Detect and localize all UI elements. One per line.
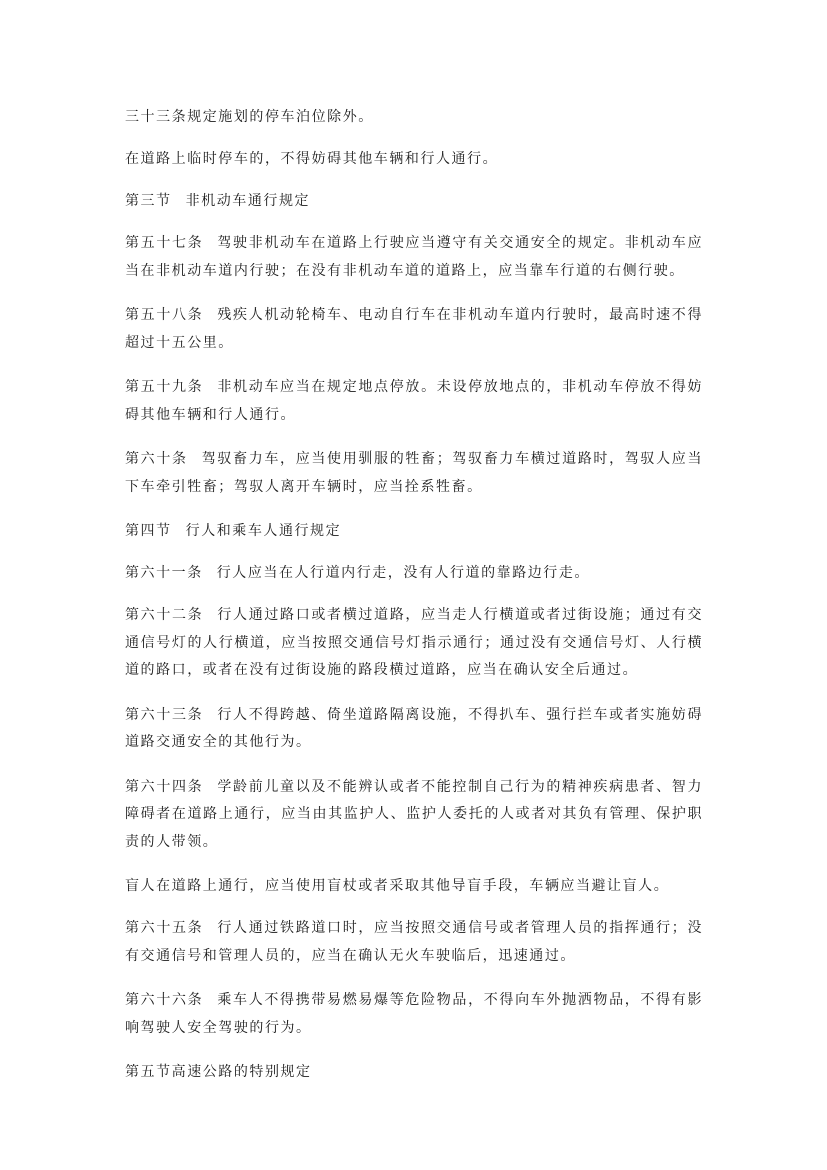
article-label: 第六十六条 [125, 992, 203, 1008]
section-label: 第三节 [125, 193, 172, 209]
article-57: 第五十七条驾驶非机动车在道路上行驶应当遵守有关交通安全的规定。非机动车应当在非机… [125, 230, 703, 285]
article-text: 行人应当在人行道内行走，没有人行道的靠路边行走。 [217, 565, 590, 581]
article-60: 第六十条驾驭畜力车，应当使用驯服的牲畜；驾驭畜力车横过道路时，驾驭人应当下车牵引… [125, 446, 703, 501]
document-page: 三十三条规定施划的停车泊位除外。 在道路上临时停车的，不得妨碍其他车辆和行人通行… [125, 104, 703, 1101]
article-label: 第五十八条 [125, 307, 203, 323]
section-title: 第五节高速公路的特别规定 [125, 1064, 312, 1080]
section-title: 行人和乘车人通行规定 [186, 523, 342, 539]
article-text: 驾驭畜力车，应当使用驯服的牲畜；驾驭畜力车横过道路时，驾驭人应当下车牵引牲畜；驾… [125, 451, 703, 495]
section-heading-3: 第三节非机动车通行规定 [125, 188, 703, 216]
article-text: 行人通过路口或者横过道路，应当走人行横道或者过街设施；通过有交通信号灯的人行横道… [125, 607, 703, 678]
article-65: 第六十五条行人通过铁路道口时，应当按照交通信号或者管理人员的指挥通行；没有交通信… [125, 915, 703, 970]
article-text: 残疾人机动轮椅车、电动自行车在非机动车道内行驶时，最高时速不得超过十五公里。 [125, 307, 703, 351]
article-58: 第五十八条残疾人机动轮椅车、电动自行车在非机动车道内行驶时，最高时速不得超过十五… [125, 302, 703, 357]
article-text: 非机动车应当在规定地点停放。未设停放地点的，非机动车停放不得妨碍其他车辆和行人通… [125, 379, 703, 423]
article-59: 第五十九条非机动车应当在规定地点停放。未设停放地点的，非机动车停放不得妨碍其他车… [125, 374, 703, 429]
paragraph-continuation: 三十三条规定施划的停车泊位除外。 [125, 104, 703, 132]
article-66: 第六十六条乘车人不得携带易燃易爆等危险物品，不得向车外抛洒物品，不得有影响驾驶人… [125, 987, 703, 1042]
paragraph-blind-persons: 盲人在道路上通行，应当使用盲杖或者采取其他导盲手段，车辆应当避让盲人。 [125, 873, 703, 901]
section-heading-4: 第四节行人和乘车人通行规定 [125, 518, 703, 546]
article-label: 第六十二条 [125, 607, 203, 623]
article-text: 行人通过铁路道口时，应当按照交通信号或者管理人员的指挥通行；没有交通信号和管理人… [125, 920, 703, 964]
article-61: 第六十一条行人应当在人行道内行走，没有人行道的靠路边行走。 [125, 560, 703, 588]
section-label: 第四节 [125, 523, 172, 539]
article-64: 第六十四条学龄前儿童以及不能辨认或者不能控制自己行为的精神疾病患者、智力障碍者在… [125, 774, 703, 857]
section-heading-5: 第五节高速公路的特别规定 [125, 1059, 703, 1087]
article-label: 第六十条 [125, 451, 188, 467]
article-label: 第六十五条 [125, 920, 203, 936]
article-62: 第六十二条行人通过路口或者横过道路，应当走人行横道或者过街设施；通过有交通信号灯… [125, 602, 703, 685]
article-text: 行人不得跨越、倚坐道路隔离设施，不得扒车、强行拦车或者实施妨碍道路交通安全的其他… [125, 707, 703, 751]
article-text: 乘车人不得携带易燃易爆等危险物品，不得向车外抛洒物品，不得有影响驾驶人安全驾驶的… [125, 992, 703, 1036]
paragraph-text: 三十三条规定施划的停车泊位除外。 [125, 109, 374, 125]
article-label: 第五十九条 [125, 379, 203, 395]
article-label: 第五十七条 [125, 235, 203, 251]
paragraph-text: 在道路上临时停车的，不得妨碍其他车辆和行人通行。 [125, 151, 498, 167]
article-label: 第六十四条 [125, 779, 203, 795]
section-title: 非机动车通行规定 [186, 193, 310, 209]
article-text: 学龄前儿童以及不能辨认或者不能控制自己行为的精神疾病患者、智力障碍者在道路上通行… [125, 779, 703, 850]
paragraph-text: 盲人在道路上通行，应当使用盲杖或者采取其他导盲手段，车辆应当避让盲人。 [125, 878, 669, 894]
article-label: 第六十三条 [125, 707, 203, 723]
article-63: 第六十三条行人不得跨越、倚坐道路隔离设施，不得扒车、强行拦车或者实施妨碍道路交通… [125, 702, 703, 757]
article-text: 驾驶非机动车在道路上行驶应当遵守有关交通安全的规定。非机动车应当在非机动车道内行… [125, 235, 703, 279]
article-label: 第六十一条 [125, 565, 203, 581]
paragraph-temporary-parking: 在道路上临时停车的，不得妨碍其他车辆和行人通行。 [125, 146, 703, 174]
